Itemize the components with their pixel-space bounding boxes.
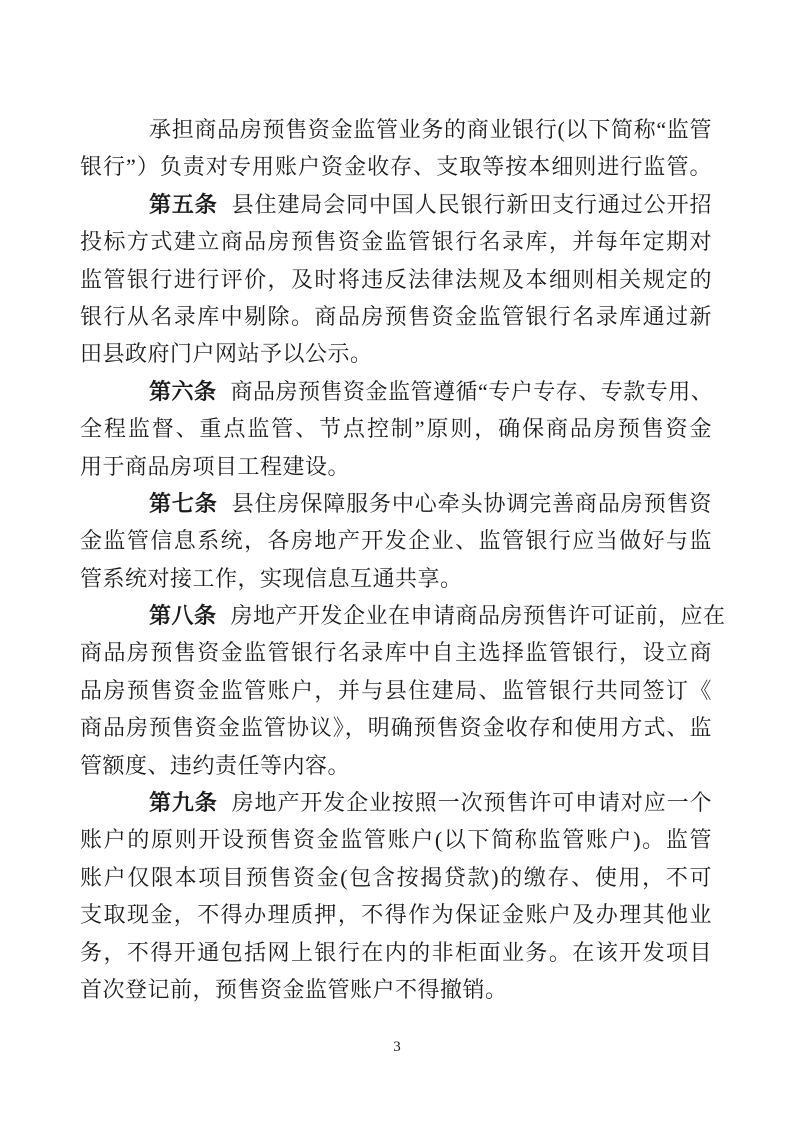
text-line: 全程监督、重点监管、节点控制”原则，确保商品房预售资金 [80, 410, 712, 447]
document-page: { "page": { "number": "3", "background":… [0, 0, 794, 1125]
text-line: 管额度、违约责任等内容。 [80, 747, 712, 784]
page-number: 3 [0, 1038, 794, 1056]
paragraph: 第九条房地产开发企业按照一次预售许可申请对应一个 账户的原则开设预售资金监管账户… [80, 784, 712, 1008]
text-line: 田县政府门户网站予以公示。 [80, 335, 712, 372]
text-line: 首次登记前，预售资金监管账户不得撤销。 [80, 971, 712, 1008]
text-line: 务，不得开通包括网上银行在内的非柜面业务。在该开发项目 [80, 934, 712, 971]
text-line: 承担商品房预售资金监管业务的商业银行(以下简称“监管 [80, 111, 712, 148]
line-text: 房地产开发企业按照一次预售许可申请对应一个 [232, 790, 712, 815]
article-number: 第五条 [149, 192, 218, 217]
text-line: 金监管信息系统，各房地产开发企业、监管银行应当做好与监 [80, 522, 712, 559]
paragraph: 承担商品房预售资金监管业务的商业银行(以下简称“监管 银行”）负责对专用账户资金… [80, 111, 712, 186]
paragraph: 第八条房地产开发企业在申请商品房预售许可证前，应在 商品房预售资金监管银行名录库… [80, 597, 712, 784]
text-line: 第九条房地产开发企业按照一次预售许可申请对应一个 [80, 784, 712, 821]
text-line: 第六条商品房预售资金监管遵循“专户专存、专款专用、 [80, 373, 712, 410]
document-body: 承担商品房预售资金监管业务的商业银行(以下简称“监管 银行”）负责对专用账户资金… [80, 111, 712, 1008]
text-line: 监管银行进行评价，及时将违反法律法规及本细则相关规定的 [80, 261, 712, 298]
text-line: 银行”）负责对专用账户资金收存、支取等按本细则进行监管。 [80, 148, 712, 185]
text-line: 商品房预售资金监管协议》，明确预售资金收存和使用方式、监 [80, 709, 712, 746]
article-number: 第八条 [149, 603, 217, 628]
article-number: 第七条 [149, 491, 218, 516]
text-line: 账户的原则开设预售资金监管账户(以下简称监管账户)。监管 [80, 821, 712, 858]
text-line: 第八条房地产开发企业在申请商品房预售许可证前，应在 [80, 597, 712, 634]
text-line: 账户仅限本项目预售资金(包含按揭贷款)的缴存、使用，不可 [80, 859, 712, 896]
article-number: 第六条 [149, 379, 217, 404]
paragraph: 第五条县住建局会同中国人民银行新田支行通过公开招 投标方式建立商品房预售资金监管… [80, 186, 712, 373]
text-line: 支取现金，不得办理质押，不得作为保证金账户及办理其他业 [80, 896, 712, 933]
line-text: 承担商品房预售资金监管业务的商业银行(以下简称“监管 [149, 117, 712, 142]
paragraph: 第六条商品房预售资金监管遵循“专户专存、专款专用、 全程监督、重点监管、节点控制… [80, 373, 712, 485]
line-text: 县住房保障服务中心牵头协调完善商品房预售资 [232, 491, 712, 516]
text-line: 第五条县住建局会同中国人民银行新田支行通过公开招 [80, 186, 712, 223]
text-line: 银行从名录库中剔除。商品房预售资金监管银行名录库通过新 [80, 298, 712, 335]
article-number: 第九条 [149, 790, 218, 815]
line-text: 商品房预售资金监管遵循“专户专存、专款专用、 [231, 379, 714, 404]
line-text: 县住建局会同中国人民银行新田支行通过公开招 [232, 192, 712, 217]
paragraph: 第七条县住房保障服务中心牵头协调完善商品房预售资 金监管信息系统，各房地产开发企… [80, 485, 712, 597]
text-line: 商品房预售资金监管银行名录库中自主选择监管银行，设立商 [80, 634, 712, 671]
text-line: 投标方式建立商品房预售资金监管银行名录库，并每年定期对 [80, 223, 712, 260]
line-text: 房地产开发企业在申请商品房预售许可证前，应在 [231, 603, 726, 628]
text-line: 管系统对接工作，实现信息互通共享。 [80, 560, 712, 597]
text-line: 第七条县住房保障服务中心牵头协调完善商品房预售资 [80, 485, 712, 522]
text-line: 用于商品房项目工程建设。 [80, 448, 712, 485]
text-line: 品房预售资金监管账户，并与县住建局、监管银行共同签订《 [80, 672, 712, 709]
